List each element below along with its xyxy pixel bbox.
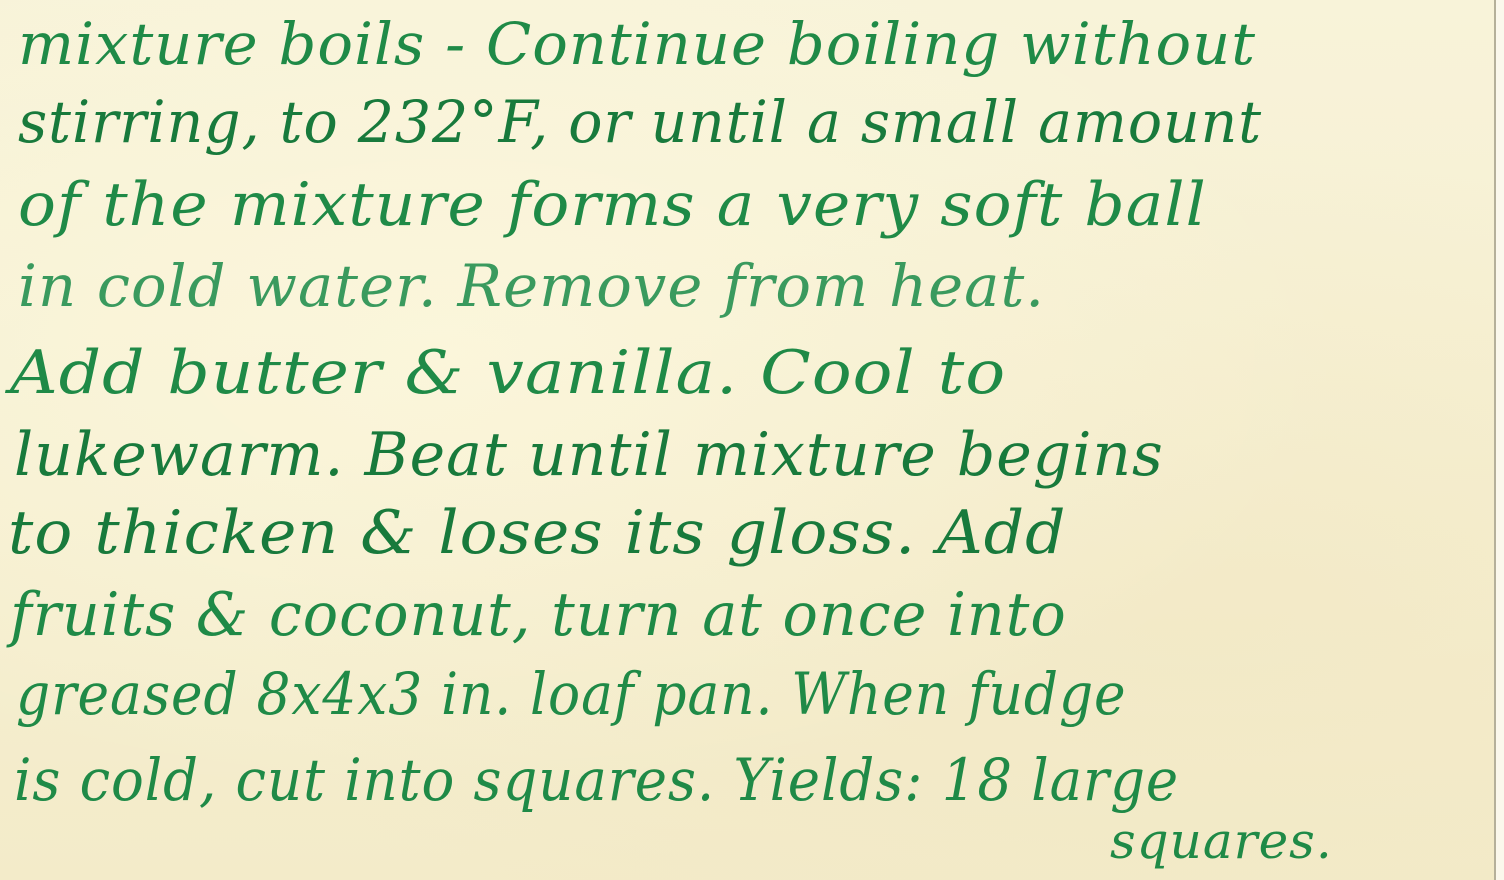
recipe-line-10: is cold, cut into squares. Yields: 18 la…: [14, 746, 1179, 814]
recipe-line-9: greased 8x4x3 in. loaf pan. When fudge: [16, 660, 1127, 728]
recipe-line-7: to thicken & loses its gloss. Add: [8, 498, 1067, 568]
recipe-line-2: stirring, to 232°F, or until a small amo…: [18, 88, 1262, 156]
card-margin: [1496, 0, 1504, 880]
recipe-line-11: squares.: [1110, 812, 1333, 870]
recipe-card: mixture boils - Continue boiling without…: [0, 0, 1504, 880]
recipe-line-1: mixture boils - Continue boiling without: [18, 10, 1256, 78]
recipe-line-8: fruits & coconut, turn at once into: [10, 580, 1067, 650]
recipe-line-6: lukewarm. Beat until mixture begins: [14, 420, 1164, 490]
recipe-line-5: Add butter & vanilla. Cool to: [10, 338, 1006, 408]
recipe-line-3: of the mixture forms a very soft ball: [18, 170, 1207, 240]
recipe-line-4: in cold water. Remove from heat.: [18, 252, 1045, 320]
